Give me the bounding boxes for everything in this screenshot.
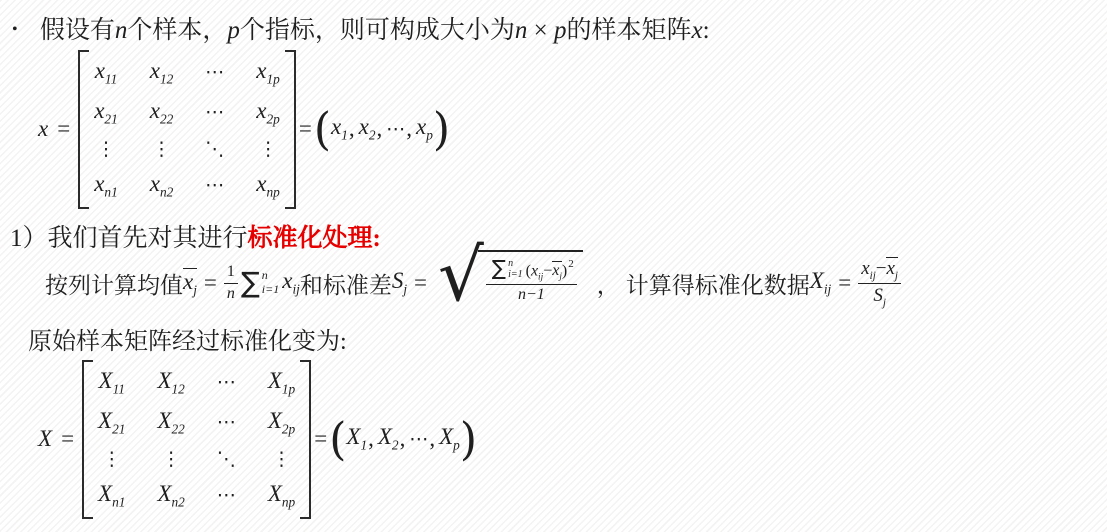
matrix-cell: x2p — [256, 97, 280, 128]
matrix-cell: x22 — [150, 97, 174, 128]
matrix-hdots-cell: ⋯ — [217, 411, 236, 435]
matrix-x-row-vector: =( x1, x2, ⋯, xp ) — [299, 111, 450, 148]
intro-text-segment: 个样本， — [127, 17, 227, 44]
matrix-cell: X2p — [268, 407, 295, 438]
vector-item: x1 — [331, 114, 348, 144]
intro-text-segment: 假设有 — [40, 17, 115, 44]
formula-lead-text: 按列计算均值 — [45, 267, 183, 300]
formula-mid-text: 和标准差 — [300, 267, 392, 300]
matrix-vdots-cell: ⋮ — [259, 138, 278, 162]
math-var-n: n — [515, 17, 528, 44]
matrix-hdots-cell: ⋯ — [205, 174, 224, 198]
matrix-cell: x11 — [95, 57, 118, 88]
matrix-hdots-cell: ⋯ — [217, 484, 236, 508]
standardized-intro-line: 原始样本矩阵经过标准化变为: — [28, 321, 347, 356]
matrix-cell: X22 — [157, 407, 184, 438]
matrix-X-grid: X11 X12 ⋯ X1p X21 X22 ⋯ X2p ⋮ ⋮ ⋱ ⋮ Xn1 … — [98, 367, 295, 512]
summation-symbol: ∑ ni=1 — [241, 269, 279, 297]
matrix-ddots-cell: ⋱ — [217, 448, 236, 472]
term-X-ij: Xij — [810, 268, 831, 298]
matrix-X-brackets: X11 X12 ⋯ X1p X21 X22 ⋯ X2p ⋮ ⋮ ⋱ ⋮ Xn1 … — [82, 360, 311, 519]
matrix-x: x= x11 x12 ⋯ x1p x21 x22 ⋯ x2p ⋮ ⋮ ⋱ ⋮ x… — [38, 50, 450, 209]
times-operator: × — [527, 17, 554, 44]
intro-text-segment: : — [703, 17, 710, 44]
equals-sign: = — [204, 270, 217, 296]
vector-item: X2 — [378, 424, 399, 454]
intro-bullet-line: • 假设有n个样本，p个指标，则可构成大小为n × p的样本矩阵x: — [12, 10, 710, 46]
equals-sign: = — [414, 270, 427, 296]
standardization-formula-line: 按列计算均值 xj = 1 n ∑ ni=1 xij 和标准差 Sj = √ ∑… — [45, 240, 901, 326]
intro-text-segment: 个指标，则可构成大小为 — [240, 17, 515, 44]
matrix-vdots-cell: ⋮ — [152, 138, 171, 162]
matrix-cell: Xnp — [268, 480, 295, 511]
matrix-cell: Xn1 — [98, 480, 125, 511]
matrix-cell: X1p — [268, 367, 295, 398]
matrix-X-row-vector: =( X1, X2, ⋯, Xp ) — [314, 421, 477, 458]
vector-hdots: ⋯ — [409, 428, 428, 450]
fraction-1-over-n: 1 n — [224, 263, 238, 303]
matrix-vdots-cell: ⋮ — [96, 138, 115, 162]
math-var-n: n — [115, 17, 128, 44]
matrix-hdots-cell: ⋯ — [205, 101, 224, 125]
vector-item: X1 — [346, 424, 367, 454]
equals-sign: = — [838, 270, 851, 296]
matrix-vdots-cell: ⋮ — [162, 448, 181, 472]
matrix-X-lhs: X= — [38, 426, 74, 452]
matrix-ddots-cell: ⋱ — [205, 138, 224, 162]
open-paren: ( — [314, 110, 331, 148]
matrix-cell: x12 — [150, 57, 174, 88]
formula-tail-text: 计算得标准化数据 — [626, 267, 810, 300]
matrix-hdots-cell: ⋯ — [205, 61, 224, 85]
mean-xbar-j: xj — [183, 268, 197, 298]
slide-canvas: • 假设有n个样本，p个指标，则可构成大小为n × p的样本矩阵x: x= x1… — [0, 0, 1107, 532]
matrix-X-standardized: X= X11 X12 ⋯ X1p X21 X22 ⋯ X2p ⋮ ⋮ ⋱ ⋮ X… — [38, 360, 477, 519]
matrix-cell: X21 — [98, 407, 125, 438]
bullet-icon: • — [12, 21, 18, 38]
math-var-p: p — [554, 17, 567, 44]
radical-icon: √ — [438, 239, 484, 311]
close-paren: ) — [460, 420, 477, 458]
matrix-cell: X11 — [99, 367, 125, 398]
summation-symbol: ∑ ni=1 — [492, 258, 523, 280]
matrix-cell: x1p — [256, 57, 280, 88]
standardized-value-fraction: xij−xj Sj — [858, 257, 901, 310]
matrix-cell: xn2 — [150, 170, 174, 201]
matrix-x-brackets: x11 x12 ⋯ x1p x21 x22 ⋯ x2p ⋮ ⋮ ⋱ ⋮ xn1 … — [78, 50, 296, 209]
intro-text-segment: 的样本矩阵 — [567, 17, 692, 44]
matrix-cell: x21 — [94, 97, 118, 128]
sqrt-std-deviation: √ ∑ ni=1 (xij−xj)2 n−1 — [438, 247, 583, 319]
term-S-j: Sj — [392, 268, 407, 298]
vector-item: Xp — [439, 424, 460, 454]
term-x-ij: xij — [282, 268, 300, 298]
math-var-p: p — [227, 17, 240, 44]
matrix-vdots-cell: ⋮ — [102, 448, 121, 472]
vector-item: x2 — [359, 114, 376, 144]
matrix-cell: xn1 — [94, 170, 118, 201]
vector-hdots: ⋯ — [386, 118, 405, 140]
close-paren: ) — [433, 110, 450, 148]
matrix-hdots-cell: ⋯ — [217, 371, 236, 395]
comma-separator: ， — [597, 267, 620, 300]
matrix-cell: X12 — [157, 367, 184, 398]
matrix-cell: Xn2 — [157, 480, 184, 511]
matrix-vdots-cell: ⋮ — [272, 448, 291, 472]
math-var-x: x — [692, 17, 703, 44]
matrix-x-grid: x11 x12 ⋯ x1p x21 x22 ⋯ x2p ⋮ ⋮ ⋱ ⋮ xn1 … — [94, 57, 280, 202]
matrix-cell: xnp — [256, 170, 280, 201]
open-paren: ( — [329, 420, 346, 458]
matrix-x-lhs: x= — [38, 116, 70, 142]
vector-item: xp — [416, 114, 433, 144]
